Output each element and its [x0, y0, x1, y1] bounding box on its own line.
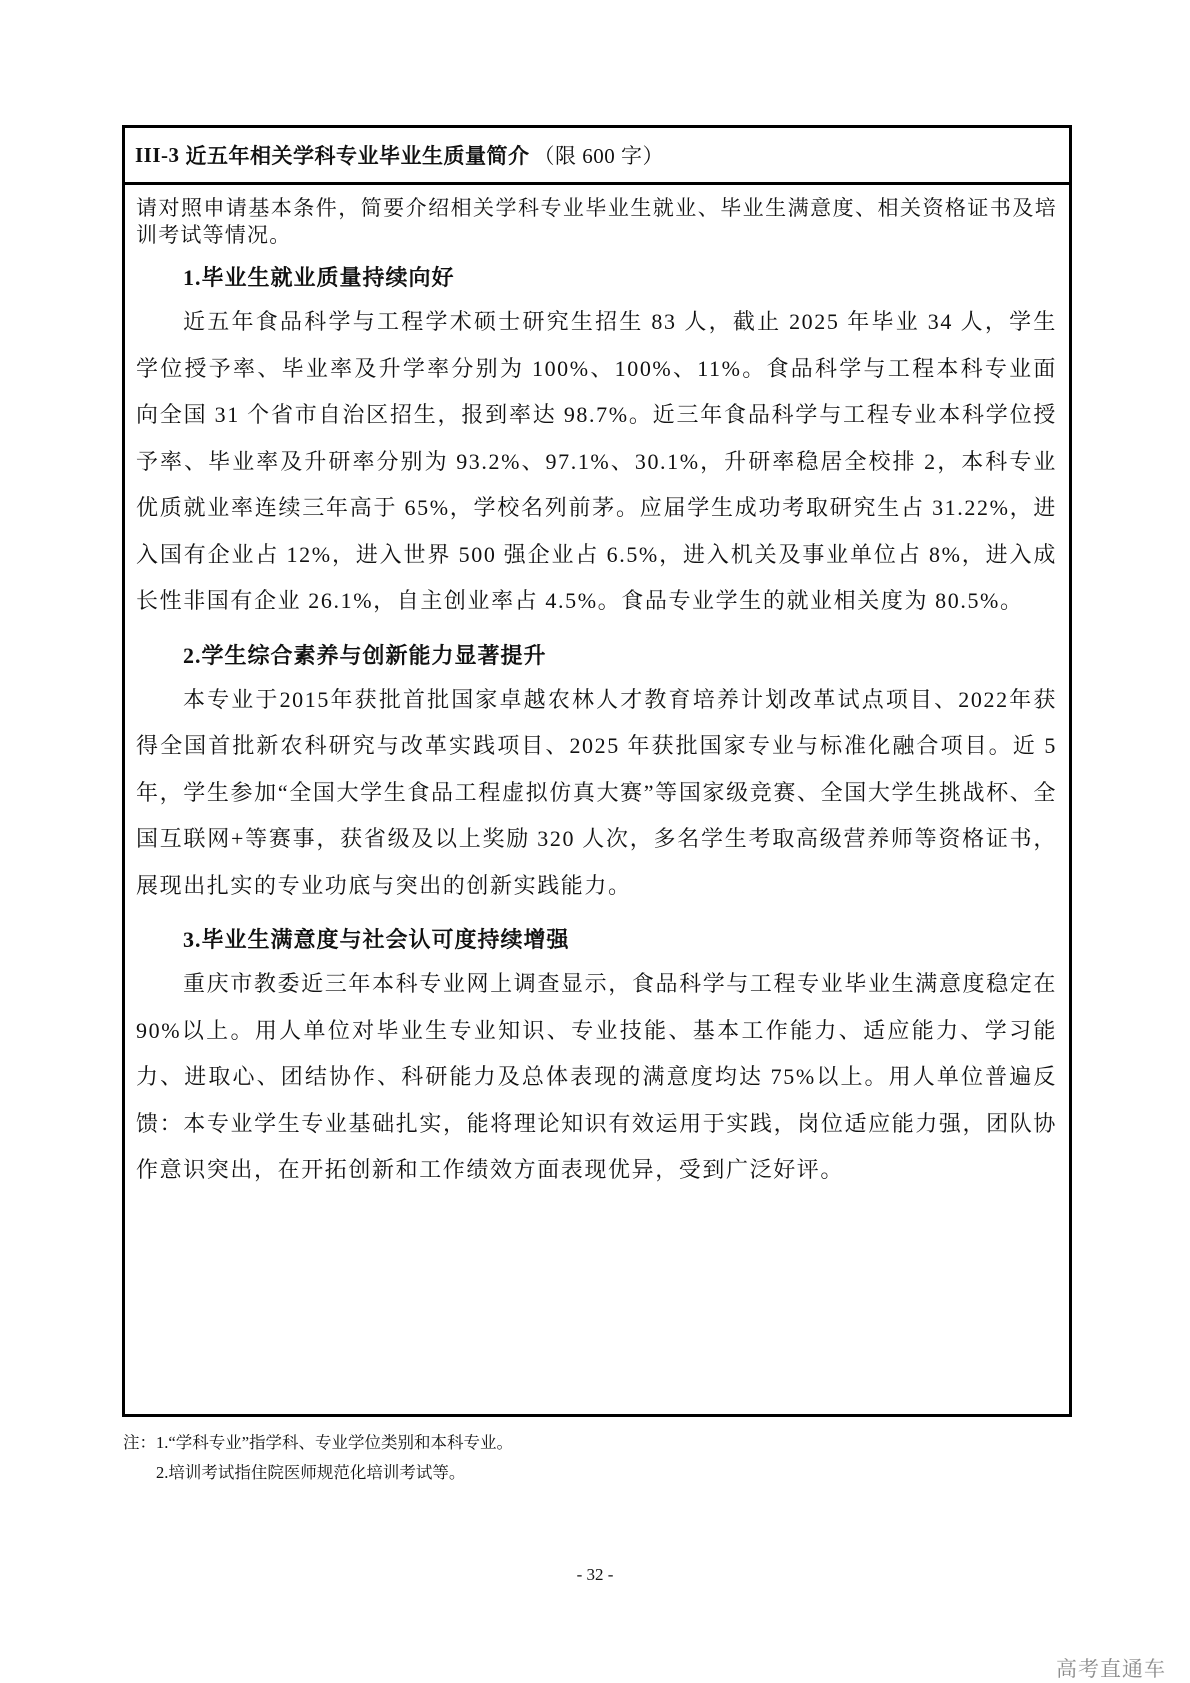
page-number: - 32 - — [0, 1565, 1190, 1585]
instruction-text: 请对照申请基本条件，简要介绍相关学科专业毕业生就业、毕业生满意度、相关资格证书及… — [136, 195, 1057, 249]
footnote-1: 注： 1.“学科专业”指学科、专业学位类别和本科专业。 — [123, 1428, 513, 1458]
footnote-prefix: 注： — [123, 1428, 156, 1458]
word-limit: （限 600 字） — [534, 140, 665, 170]
section-paragraph-employment: 近五年食品科学与工程学术硕士研究生招生 83 人，截止 2025 年毕业 34 … — [136, 299, 1057, 625]
section-title: 近五年相关学科专业毕业生质量简介 — [186, 140, 530, 170]
table-header: III-3 近五年相关学科专业毕业生质量简介 （限 600 字） — [125, 128, 1069, 185]
footnote-2: 2.培训考试指住院医师规范化培训考试等。 — [123, 1458, 513, 1488]
section-heading-innovation: 2.学生综合素养与创新能力显著提升 — [136, 641, 1057, 671]
section-code: III-3 — [135, 143, 180, 168]
footnote-text: 2.培训考试指住院医师规范化培训考试等。 — [156, 1458, 465, 1488]
footnotes: 注： 1.“学科专业”指学科、专业学位类别和本科专业。 2.培训考试指住院医师规… — [123, 1428, 513, 1488]
section-paragraph-innovation: 本专业于2015年获批首批国家卓越农林人才教育培养计划改革试点项目、2022年获… — [136, 677, 1057, 910]
table-body: 请对照申请基本条件，简要介绍相关学科专业毕业生就业、毕业生满意度、相关资格证书及… — [125, 185, 1069, 1194]
section-paragraph-satisfaction: 重庆市教委近三年本科专业网上调查显示，食品科学与工程专业毕业生满意度稳定在 90… — [136, 961, 1057, 1194]
section-heading-employment: 1.毕业生就业质量持续向好 — [136, 263, 1057, 293]
form-table: III-3 近五年相关学科专业毕业生质量简介 （限 600 字） 请对照申请基本… — [122, 125, 1072, 1417]
watermark: 高考直通车 — [1056, 1653, 1166, 1683]
footnote-text: 1.“学科专业”指学科、专业学位类别和本科专业。 — [156, 1428, 513, 1458]
section-heading-satisfaction: 3.毕业生满意度与社会认可度持续增强 — [136, 925, 1057, 955]
